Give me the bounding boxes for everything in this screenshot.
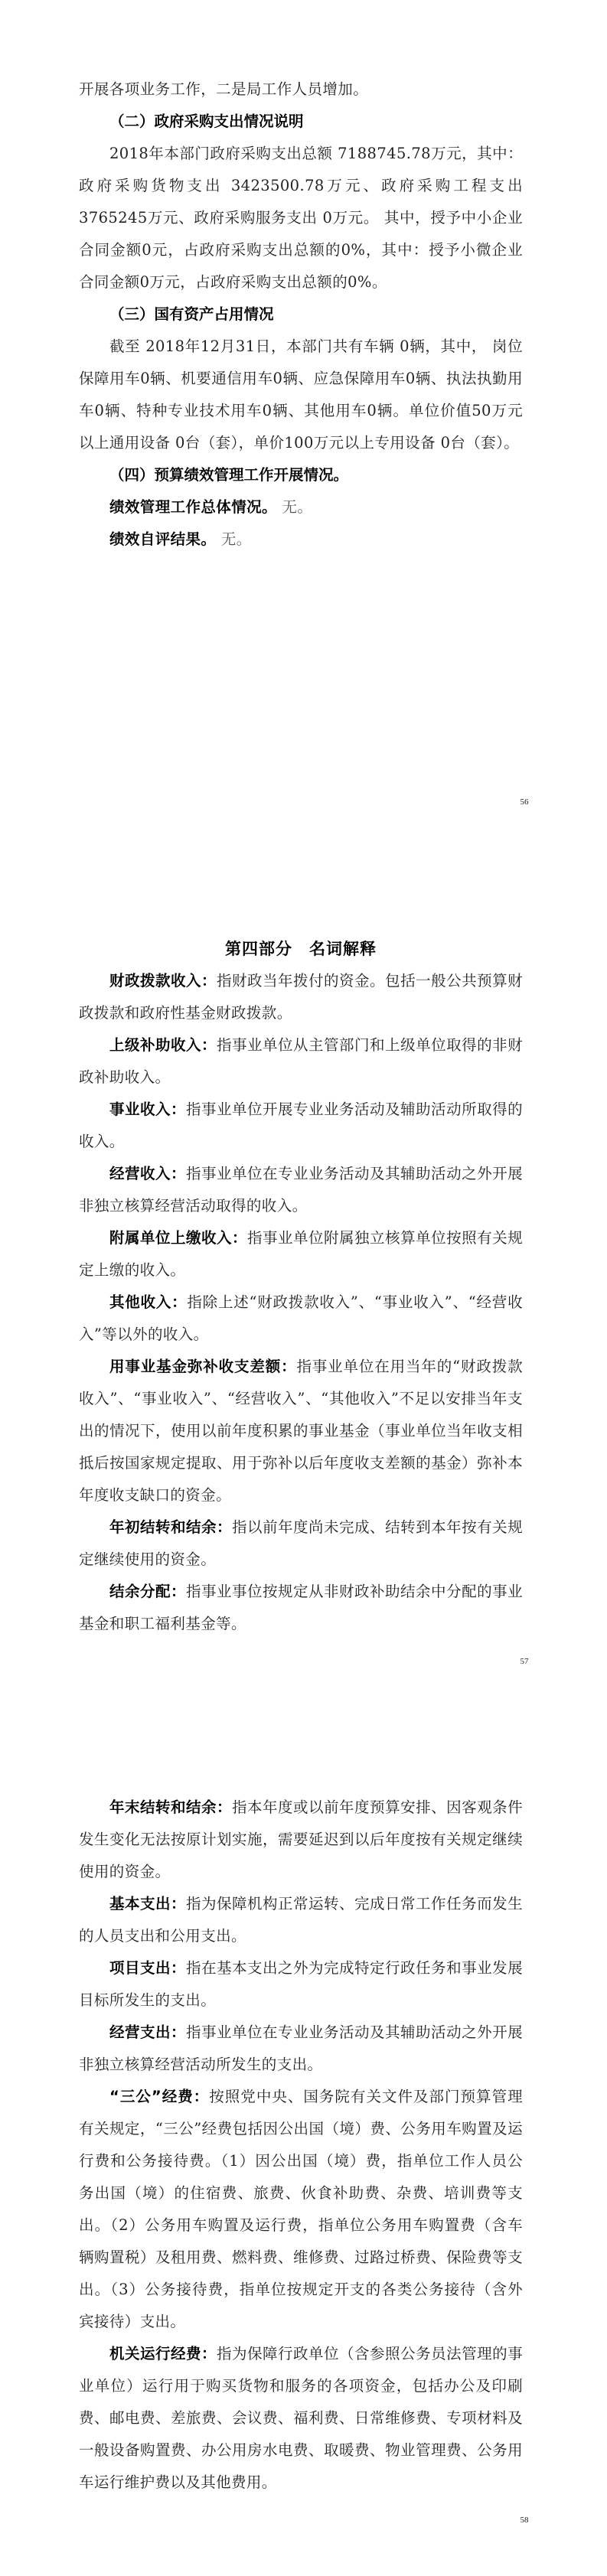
paragraph-self-evaluation: 绩效自评结果。 无。 bbox=[79, 523, 523, 556]
term-label: 经营支出： bbox=[109, 2023, 186, 2041]
term-label: 项目支出： bbox=[109, 1959, 186, 1977]
term-definition: 用事业基金弥补收支差额：指事业单位在用当年的“财政拨款收入”、“事业收入”、“经… bbox=[79, 1351, 523, 1511]
term-definition: 其他收入：指除上述“财政拨款收入”、“事业收入”、“经营收入”等以外的收入。 bbox=[79, 1286, 523, 1351]
term-definition: “三公”经费：按照党中央、国务院有关文件及部门预算管理有关规定，“三公”经费包括… bbox=[79, 2081, 523, 2338]
term-label: “三公”经费： bbox=[109, 2088, 209, 2105]
term-definition: 项目支出：指在基本支出之外为完成特定行政任务和事业发展目标所发生的支出。 bbox=[79, 1952, 523, 2017]
paragraph-continuation: 开展各项业务工作，二是局工作人员增加。 bbox=[79, 73, 523, 106]
paragraph-procurement-details: 2018年本部门政府采购支出总额 7188745.78万元，其中：政府采购货物支… bbox=[79, 138, 523, 298]
label-self-evaluation: 绩效自评结果。 bbox=[109, 530, 216, 548]
page-57: 第四部分 名词解释 财政拨款收入：指财政当年拨付的资金。包括一般公共预算财政拨款… bbox=[0, 857, 607, 1718]
part-title: 第四部分 名词解释 bbox=[79, 933, 523, 965]
term-text: 指事业单位在用当年的“财政拨款收入”、“事业收入”、“经营收入”、“其他收入”不… bbox=[79, 1358, 523, 1504]
section-heading-government-procurement: （二）政府采购支出情况说明 bbox=[79, 106, 523, 138]
value-self-evaluation: 无。 bbox=[216, 530, 251, 548]
term-label: 基本支出： bbox=[109, 1895, 186, 1912]
page-content: 第四部分 名词解释 财政拨款收入：指财政当年拨付的资金。包括一般公共预算财政拨款… bbox=[79, 933, 523, 1640]
page-number: 58 bbox=[513, 2516, 536, 2525]
term-text: 指为保障行政单位（含参照公务员法管理的事业单位）运行用于购买货物和服务的各项资金… bbox=[79, 2345, 523, 2491]
term-label: 用事业基金弥补收支差额： bbox=[109, 1358, 296, 1375]
page-number: 56 bbox=[513, 797, 536, 807]
term-definition: 结余分配：指事业事位按规定从非财政补助结余中分配的事业基金和职工福利基金等。 bbox=[79, 1576, 523, 1640]
term-label: 结余分配： bbox=[109, 1583, 186, 1600]
term-definition: 年末结转和结余：指本年度或以前年度预算安排、因客观条件发生变化无法按原计划实施，… bbox=[79, 1792, 523, 1888]
value-performance-overall: 无。 bbox=[277, 498, 312, 516]
term-text: 按照党中央、国务院有关文件及部门预算管理有关规定，“三公”经费包括因公出国（境）… bbox=[79, 2088, 523, 2330]
term-definition: 经营支出：指事业单位在专业业务活动及其辅助活动之外开展非独立核算经营活动所发生的… bbox=[79, 2017, 523, 2081]
page-content: 开展各项业务工作，二是局工作人员增加。 （二）政府采购支出情况说明 2018年本… bbox=[79, 73, 523, 556]
label-performance-overall: 绩效管理工作总体情况。 bbox=[109, 498, 277, 516]
paragraph-performance-overall: 绩效管理工作总体情况。 无。 bbox=[79, 491, 523, 523]
term-label: 年末结转和结余： bbox=[109, 1798, 232, 1816]
section-heading-performance-management: （四）预算绩效管理工作开展情况。 bbox=[79, 459, 523, 491]
term-label: 其他收入： bbox=[109, 1293, 187, 1311]
term-label: 机关运行经费： bbox=[109, 2345, 217, 2362]
page-number: 57 bbox=[513, 1657, 536, 1666]
term-label: 事业收入： bbox=[109, 1101, 186, 1118]
term-definition: 基本支出：指为保障机构正常运转、完成日常工作任务而发生的人员支出和公用支出。 bbox=[79, 1888, 523, 1952]
term-definition: 附属单位上缴收入：指事业单位附属独立核算单位按照有关规定上缴的收入。 bbox=[79, 1222, 523, 1286]
term-label: 财政拨款收入： bbox=[109, 972, 217, 990]
term-label: 附属单位上缴收入： bbox=[109, 1229, 247, 1247]
term-label: 经营收入： bbox=[109, 1165, 186, 1182]
term-definition: 机关运行经费：指为保障行政单位（含参照公务员法管理的事业单位）运行用于购买货物和… bbox=[79, 2338, 523, 2499]
term-definition: 上级补助收入：指事业单位从主管部门和上级单位取得的非财政补助收入。 bbox=[79, 1029, 523, 1094]
term-definition: 事业收入：指事业单位开展专业业务活动及辅助活动所取得的收入。 bbox=[79, 1094, 523, 1158]
page-58: 年末结转和结余：指本年度或以前年度预算安排、因客观条件发生变化无法按原计划实施，… bbox=[0, 1718, 607, 2576]
term-label: 年初结转和结余： bbox=[109, 1518, 232, 1536]
term-definition: 年初结转和结余：指以前年度尚未完成、结转到本年按有关规定继续使用的资金。 bbox=[79, 1511, 523, 1576]
term-definition: 财政拨款收入：指财政当年拨付的资金。包括一般公共预算财政拨款和政府性基金财政拨款… bbox=[79, 965, 523, 1029]
term-label: 上级补助收入： bbox=[109, 1036, 217, 1054]
section-heading-state-assets: （三）国有资产占用情况 bbox=[79, 298, 523, 331]
page-content: 年末结转和结余：指本年度或以前年度预算安排、因客观条件发生变化无法按原计划实施，… bbox=[79, 1792, 523, 2499]
page-56: 开展各项业务工作，二是局工作人员增加。 （二）政府采购支出情况说明 2018年本… bbox=[0, 0, 607, 857]
term-definition: 经营收入：指事业单位在专业业务活动及其辅助活动之外开展非独立核算经营活动取得的收… bbox=[79, 1158, 523, 1222]
paragraph-assets-details: 截至 2018年12月31日，本部门共有车辆 0辆，其中， 岗位保障用车0辆、机… bbox=[79, 331, 523, 459]
